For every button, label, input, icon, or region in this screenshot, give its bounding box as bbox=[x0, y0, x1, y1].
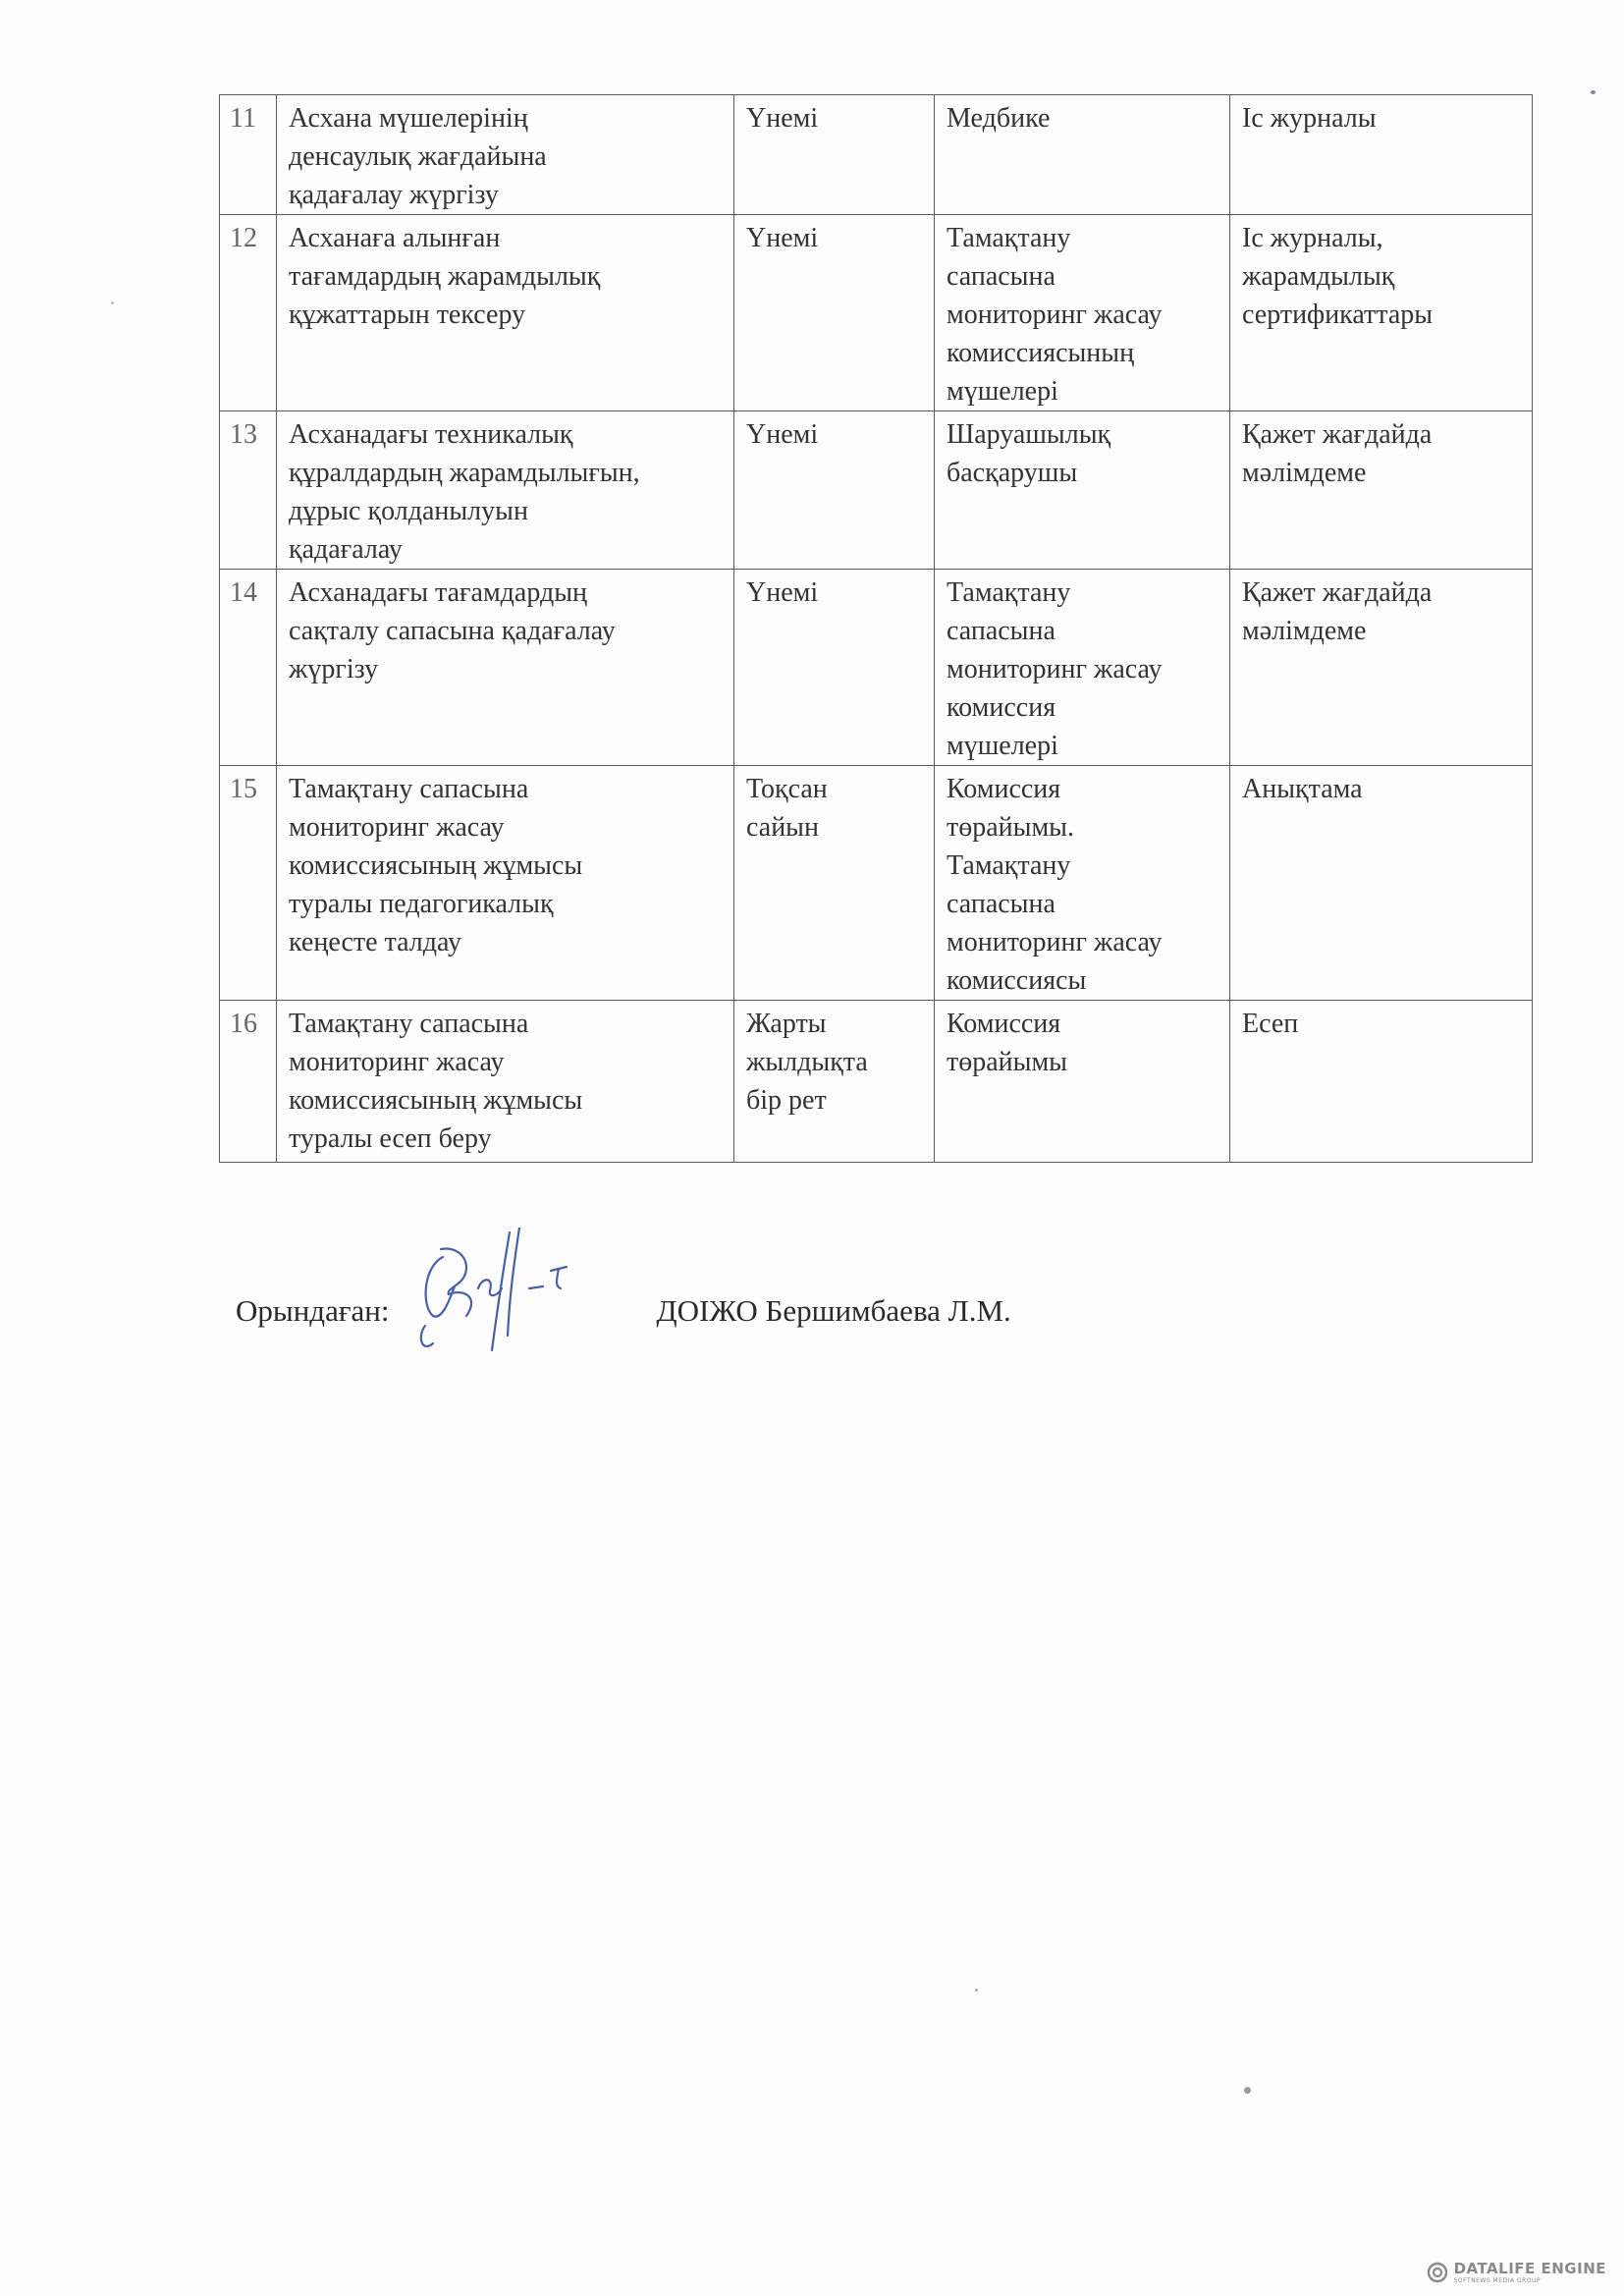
document-cell: Іс журналы bbox=[1230, 95, 1533, 215]
task-cell: Асханадағы тағамдардың сақталу сапасына … bbox=[277, 570, 734, 766]
document-page: 11 Асхана мүшелерінің денсаулық жағдайын… bbox=[0, 0, 1624, 2296]
task-cell: Асханаға алынған тағамдардың жарамдылық … bbox=[277, 215, 734, 411]
watermark-subtitle: SOFTNEWS MEDIA GROUP bbox=[1454, 2277, 1606, 2284]
scan-speck bbox=[975, 1989, 978, 1992]
row-number: 12 bbox=[220, 215, 277, 411]
scan-speck bbox=[111, 301, 114, 304]
scan-speck bbox=[1244, 2087, 1251, 2094]
timing-cell: Үнемі bbox=[734, 570, 935, 766]
table-row: 11 Асхана мүшелерінің денсаулық жағдайын… bbox=[220, 95, 1533, 215]
table-row: 12 Асханаға алынған тағамдардың жарамдыл… bbox=[220, 215, 1533, 411]
responsible-cell: Комиссия төрайымы bbox=[935, 1001, 1230, 1163]
row-number: 13 bbox=[220, 411, 277, 570]
responsible-cell: Комиссия төрайымы. Тамақтану сапасына мо… bbox=[935, 766, 1230, 1001]
task-cell: Тамақтану сапасына мониторинг жасау коми… bbox=[277, 1001, 734, 1163]
timing-cell: Үнемі bbox=[734, 95, 935, 215]
responsible-cell: Тамақтану сапасына мониторинг жасау коми… bbox=[935, 570, 1230, 766]
table-row: 16 Тамақтану сапасына мониторинг жасау к… bbox=[220, 1001, 1533, 1163]
watermark-title: DATALIFE ENGINE bbox=[1454, 2260, 1606, 2277]
task-cell: Тамақтану сапасына мониторинг жасау коми… bbox=[277, 766, 734, 1001]
responsible-cell: Тамақтану сапасына мониторинг жасау коми… bbox=[935, 215, 1230, 411]
task-cell: Асханадағы техникалық құралдардың жарамд… bbox=[277, 411, 734, 570]
signature-label: Орындаған: bbox=[236, 1293, 390, 1329]
row-number: 11 bbox=[220, 95, 277, 215]
document-cell: Қажет жағдайда мәлімдеме bbox=[1230, 411, 1533, 570]
timing-cell: Үнемі bbox=[734, 411, 935, 570]
document-cell: Іс журналы, жарамдылық сертификаттары bbox=[1230, 215, 1533, 411]
timing-cell: Жарты жылдықта бір рет bbox=[734, 1001, 935, 1163]
responsible-cell: Шаруашылық басқарушы bbox=[935, 411, 1230, 570]
task-cell: Асхана мүшелерінің денсаулық жағдайына қ… bbox=[277, 95, 734, 215]
responsible-cell: Медбике bbox=[935, 95, 1230, 215]
row-number: 16 bbox=[220, 1001, 277, 1163]
row-number: 15 bbox=[220, 766, 277, 1001]
table-row: 15 Тамақтану сапасына мониторинг жасау к… bbox=[220, 766, 1533, 1001]
signatory-name: ДОІЖО Бершимбаева Л.М. bbox=[657, 1293, 1011, 1329]
datalife-engine-watermark: DATALIFE ENGINE SOFTNEWS MEDIA GROUP bbox=[1427, 2260, 1606, 2284]
table-row: 13 Асханадағы техникалық құралдардың жар… bbox=[220, 411, 1533, 570]
table-row: 14 Асханадағы тағамдардың сақталу сапасы… bbox=[220, 570, 1533, 766]
scan-speck bbox=[1591, 90, 1596, 94]
timing-cell: Үнемі bbox=[734, 215, 935, 411]
datalife-logo-icon bbox=[1427, 2262, 1448, 2283]
handwritten-signature-icon bbox=[404, 1228, 639, 1355]
timing-cell: Тоқсан сайын bbox=[734, 766, 935, 1001]
document-cell: Анықтама bbox=[1230, 766, 1533, 1001]
monitoring-plan-table: 11 Асхана мүшелерінің денсаулық жағдайын… bbox=[219, 94, 1533, 1163]
signature-block: Орындаған: ДОІЖО Бершимбаева Л.М. bbox=[236, 1267, 1011, 1355]
document-cell: Қажет жағдайда мәлімдеме bbox=[1230, 570, 1533, 766]
row-number: 14 bbox=[220, 570, 277, 766]
document-cell: Есеп bbox=[1230, 1001, 1533, 1163]
